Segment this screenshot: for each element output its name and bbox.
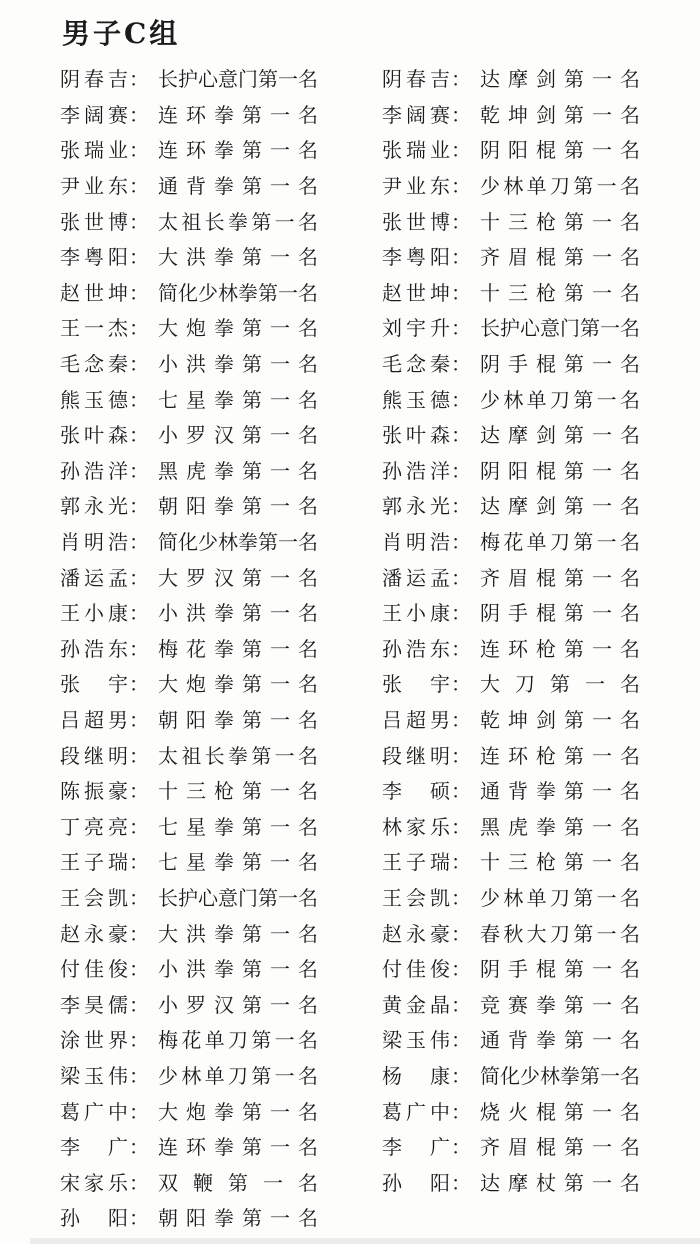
result-row: 王子瑞 ： 十三枪第一名 [382,843,640,879]
result-row: 葛广中 ： 烧火棍第一名 [382,1092,640,1128]
entry-award: 简化少林拳第一名 [158,277,318,306]
entry-colon: ： [129,1060,149,1089]
entry-colon: ： [129,989,149,1018]
entry-colon: ： [129,633,149,662]
result-row: 黄金晶 ： 竞赛拳第一名 [382,985,640,1021]
entry-name: 赵世坤 [60,277,128,306]
entry-colon: ： [451,775,471,804]
result-row: 王会凯 ： 长护心意门第一名 [60,879,318,915]
entry-colon: ： [129,277,149,306]
entry-name: 王子瑞 [60,846,128,875]
entry-name: 梁玉伟 [382,1024,450,1053]
entry-name: 孙浩洋 [382,455,450,484]
entry-award: 太祖长拳第一名 [158,740,318,769]
entry-colon: ： [451,882,471,911]
entry-name: 孙浩东 [60,633,128,662]
entry-name: 张瑞业 [382,134,450,163]
entry-colon: ： [451,455,471,484]
entry-name: 梁玉伟 [60,1060,128,1089]
result-row: 段继明 ： 太祖长拳第一名 [60,736,318,772]
result-row: 李昊儒 ： 小罗汉第一名 [60,985,318,1021]
results-page: 男子C组 阴春吉 ： 长护心意门第一名 李阔赛 ： 连环拳第一名 张瑞业 ： 连… [0,0,700,1244]
entry-name: 王小康 [60,597,128,626]
entry-name: 王会凯 [382,882,450,911]
entry-name: 肖明浩 [382,526,450,555]
entry-award: 齐眉棍第一名 [480,241,640,270]
entry-colon: ： [129,1131,149,1160]
result-row: 潘运孟 ： 齐眉棍第一名 [382,558,640,594]
entry-colon: ： [451,241,471,270]
entry-award: 小洪拳第一名 [158,348,318,377]
result-row: 涂世界 ： 梅花单刀第一名 [60,1021,318,1057]
entry-award: 大洪拳第一名 [158,918,318,947]
entry-name: 孙浩东 [382,633,450,662]
entry-award: 阴阳棍第一名 [480,455,640,484]
result-row: 李硕 ： 通背拳第一名 [382,772,640,808]
entry-name: 张瑞业 [60,134,128,163]
result-row: 张叶森 ： 达摩剑第一名 [382,416,640,452]
result-row: 孙浩洋 ： 黑虎拳第一名 [60,452,318,488]
entry-name: 郭永光 [382,490,450,519]
entry-award: 阴手棍第一名 [480,953,640,982]
entry-name: 李粤阳 [60,241,128,270]
entry-colon: ： [451,562,471,591]
entry-name: 赵永豪 [382,918,450,947]
result-row: 赵永豪 ： 春秋大刀第一名 [382,914,640,950]
entry-award: 长护心意门第一名 [480,312,640,341]
entry-name: 赵世坤 [382,277,450,306]
entry-colon: ： [451,277,471,306]
entry-colon: ： [451,170,471,199]
result-row: 林家乐 ： 黑虎拳第一名 [382,807,640,843]
entry-name: 葛广中 [60,1096,128,1125]
entry-colon: ： [129,384,149,413]
result-row: 吕超男 ： 乾坤剑第一名 [382,701,640,737]
entry-name: 涂世界 [60,1024,128,1053]
entry-name: 赵永豪 [60,918,128,947]
entry-award: 七星拳第一名 [158,811,318,840]
entry-colon: ： [451,918,471,947]
result-row: 王小康 ： 阴手棍第一名 [382,594,640,630]
entry-colon: ： [451,526,471,555]
result-row: 张宇 ： 大刀第一名 [382,665,640,701]
entry-colon: ： [129,455,149,484]
result-row: 孙浩东 ： 梅花拳第一名 [60,630,318,666]
entry-award: 小洪拳第一名 [158,597,318,626]
result-row: 郭永光 ： 朝阳拳第一名 [60,487,318,523]
result-row: 孙浩东 ： 连环枪第一名 [382,630,640,666]
entry-award: 长护心意门第一名 [158,882,318,911]
entry-name: 毛念秦 [382,348,450,377]
entry-award: 梅花单刀第一名 [480,526,640,555]
entry-colon: ： [129,597,149,626]
entry-award: 长护心意门第一名 [158,63,318,92]
entry-name: 王一杰 [60,312,128,341]
entry-award: 乾坤剑第一名 [480,99,640,128]
result-row: 张宇 ： 大炮拳第一名 [60,665,318,701]
entry-award: 达摩剑第一名 [480,490,640,519]
entry-award: 七星拳第一名 [158,384,318,413]
entry-name: 潘运孟 [60,562,128,591]
entry-colon: ： [129,704,149,733]
result-row: 李阔赛 ： 乾坤剑第一名 [382,96,640,132]
result-row: 李广 ： 齐眉棍第一名 [382,1128,640,1164]
result-row: 阴春吉 ： 长护心意门第一名 [60,60,318,96]
entry-award: 十三枪第一名 [480,206,640,235]
entry-name: 葛广中 [382,1096,450,1125]
result-row: 熊玉德 ： 少林单刀第一名 [382,380,640,416]
entry-colon: ： [129,312,149,341]
entry-colon: ： [451,811,471,840]
result-row: 肖明浩 ： 简化少林拳第一名 [60,523,318,559]
entry-award: 黑虎拳第一名 [158,455,318,484]
result-row: 付佳俊 ： 小洪拳第一名 [60,950,318,986]
entry-award: 少林单刀第一名 [480,170,640,199]
entry-award: 小罗汉第一名 [158,989,318,1018]
entry-colon: ： [129,1202,149,1231]
entry-colon: ： [129,241,149,270]
entry-name: 李昊儒 [60,989,128,1018]
result-row: 王子瑞 ： 七星拳第一名 [60,843,318,879]
entry-award: 大洪拳第一名 [158,241,318,270]
result-row: 李阔赛 ： 连环拳第一名 [60,96,318,132]
entry-colon: ： [129,740,149,769]
entry-award: 乾坤剑第一名 [480,704,640,733]
entry-name: 熊玉德 [382,384,450,413]
entry-award: 小洪拳第一名 [158,953,318,982]
entry-colon: ： [129,526,149,555]
result-row: 张叶森 ： 小罗汉第一名 [60,416,318,452]
entry-colon: ： [129,668,149,697]
entry-award: 连环拳第一名 [158,1131,318,1160]
entry-name: 吕超男 [60,704,128,733]
entry-award: 简化少林拳第一名 [480,1060,640,1089]
entry-name: 黄金晶 [382,989,450,1018]
entry-name: 阴春吉 [382,63,450,92]
left-column: 阴春吉 ： 长护心意门第一名 李阔赛 ： 连环拳第一名 张瑞业 ： 连环拳第一名… [60,60,318,1235]
entry-name: 熊玉德 [60,384,128,413]
entry-award: 梅花单刀第一名 [158,1024,318,1053]
entry-name: 李广 [382,1131,450,1160]
entry-award: 连环拳第一名 [158,134,318,163]
entry-award: 朝阳拳第一名 [158,490,318,519]
entry-colon: ： [129,775,149,804]
entry-colon: ： [129,882,149,911]
result-row: 王会凯 ： 少林单刀第一名 [382,879,640,915]
result-row: 付佳俊 ： 阴手棍第一名 [382,950,640,986]
entry-colon: ： [129,1096,149,1125]
entry-colon: ： [451,490,471,519]
entry-name: 付佳俊 [60,953,128,982]
entry-award: 通背拳第一名 [480,775,640,804]
entry-name: 张宇 [60,668,128,697]
result-row: 毛念秦 ： 小洪拳第一名 [60,345,318,381]
result-row: 尹业东 ： 少林单刀第一名 [382,167,640,203]
result-row: 杨康 ： 简化少林拳第一名 [382,1057,640,1093]
entry-award: 黑虎拳第一名 [480,811,640,840]
result-row: 孙阳 ： 达摩杖第一名 [382,1163,640,1199]
entry-award: 十三枪第一名 [158,775,318,804]
entry-award: 大炮拳第一名 [158,668,318,697]
entry-colon: ： [129,490,149,519]
entry-award: 达摩剑第一名 [480,63,640,92]
entry-colon: ： [451,633,471,662]
entry-name: 尹业东 [60,170,128,199]
entry-name: 李阔赛 [382,99,450,128]
entry-award: 连环枪第一名 [480,740,640,769]
entry-award: 朝阳拳第一名 [158,704,318,733]
entry-name: 付佳俊 [382,953,450,982]
entry-name: 张叶森 [60,419,128,448]
result-row: 丁亮亮 ： 七星拳第一名 [60,807,318,843]
result-row: 尹业东 ： 通背拳第一名 [60,167,318,203]
result-row: 毛念秦 ： 阴手棍第一名 [382,345,640,381]
entry-award: 大刀第一名 [480,668,640,697]
entry-name: 李阔赛 [60,99,128,128]
entry-colon: ： [451,348,471,377]
entry-colon: ： [451,1060,471,1089]
entry-award: 连环拳第一名 [158,99,318,128]
entry-name: 李硕 [382,775,450,804]
entry-colon: ： [451,419,471,448]
entry-colon: ： [451,989,471,1018]
result-row: 梁玉伟 ： 少林单刀第一名 [60,1057,318,1093]
entry-award: 通背拳第一名 [480,1024,640,1053]
entry-name: 宋家乐 [60,1167,128,1196]
entry-colon: ： [129,1167,149,1196]
entry-colon: ： [129,134,149,163]
result-row: 潘运孟 ： 大罗汉第一名 [60,558,318,594]
entry-name: 孙浩洋 [60,455,128,484]
entry-colon: ： [129,846,149,875]
entry-award: 七星拳第一名 [158,846,318,875]
entry-name: 杨康 [382,1060,450,1089]
entry-colon: ： [129,953,149,982]
entry-colon: ： [129,562,149,591]
entry-colon: ： [129,918,149,947]
entry-award: 烧火棍第一名 [480,1096,640,1125]
entry-award: 齐眉棍第一名 [480,562,640,591]
entry-award: 阴阳棍第一名 [480,134,640,163]
entry-award: 春秋大刀第一名 [480,918,640,947]
entry-award: 少林单刀第一名 [158,1060,318,1089]
entry-award: 朝阳拳第一名 [158,1202,318,1231]
result-row: 张世博 ： 太祖长拳第一名 [60,202,318,238]
result-row: 张世博 ： 十三枪第一名 [382,202,640,238]
entry-colon: ： [451,134,471,163]
entry-name: 李粤阳 [382,241,450,270]
entry-colon: ： [451,1096,471,1125]
entry-name: 吕超男 [382,704,450,733]
entry-colon: ： [451,1167,471,1196]
entry-name: 李广 [60,1131,128,1160]
entry-award: 十三枪第一名 [480,277,640,306]
entry-colon: ： [129,63,149,92]
entry-award: 少林单刀第一名 [480,384,640,413]
page-bottom-shade [30,1238,700,1244]
result-row: 刘宇升 ： 长护心意门第一名 [382,309,640,345]
entry-name: 郭永光 [60,490,128,519]
result-row: 李广 ： 连环拳第一名 [60,1128,318,1164]
result-row: 孙浩洋 ： 阴阳棍第一名 [382,452,640,488]
entry-colon: ： [451,704,471,733]
entry-name: 尹业东 [382,170,450,199]
entry-name: 潘运孟 [382,562,450,591]
entry-name: 林家乐 [382,811,450,840]
entry-name: 段继明 [60,740,128,769]
entry-name: 丁亮亮 [60,811,128,840]
entry-award: 通背拳第一名 [158,170,318,199]
entry-name: 毛念秦 [60,348,128,377]
entry-award: 齐眉棍第一名 [480,1131,640,1160]
entry-award: 竞赛拳第一名 [480,989,640,1018]
result-row: 阴春吉 ： 达摩剑第一名 [382,60,640,96]
result-row: 赵永豪 ： 大洪拳第一名 [60,914,318,950]
result-row: 赵世坤 ： 简化少林拳第一名 [60,274,318,310]
result-row: 王一杰 ： 大炮拳第一名 [60,309,318,345]
entry-award: 大罗汉第一名 [158,562,318,591]
entry-name: 张世博 [60,206,128,235]
entry-colon: ： [129,170,149,199]
entry-award: 少林单刀第一名 [480,882,640,911]
entry-name: 张叶森 [382,419,450,448]
entry-award: 十三枪第一名 [480,846,640,875]
entry-award: 小罗汉第一名 [158,419,318,448]
result-row: 张瑞业 ： 阴阳棍第一名 [382,131,640,167]
result-row: 熊玉德 ： 七星拳第一名 [60,380,318,416]
entry-award: 简化少林拳第一名 [158,526,318,555]
entry-award: 大炮拳第一名 [158,1096,318,1125]
result-row: 段继明 ： 连环枪第一名 [382,736,640,772]
entry-award: 达摩杖第一名 [480,1167,640,1196]
entry-award: 梅花拳第一名 [158,633,318,662]
entry-award: 大炮拳第一名 [158,312,318,341]
result-row: 张瑞业 ： 连环拳第一名 [60,131,318,167]
entry-award: 双鞭第一名 [158,1167,318,1196]
result-row: 肖明浩 ： 梅花单刀第一名 [382,523,640,559]
result-row: 吕超男 ： 朝阳拳第一名 [60,701,318,737]
entry-name: 陈振豪 [60,775,128,804]
result-row: 宋家乐 ： 双鞭第一名 [60,1163,318,1199]
result-row: 李粤阳 ： 大洪拳第一名 [60,238,318,274]
result-row: 王小康 ： 小洪拳第一名 [60,594,318,630]
entry-name: 王小康 [382,597,450,626]
entry-name: 段继明 [382,740,450,769]
entry-colon: ： [129,1024,149,1053]
results-columns: 阴春吉 ： 长护心意门第一名 李阔赛 ： 连环拳第一名 张瑞业 ： 连环拳第一名… [60,60,700,1235]
entry-name: 刘宇升 [382,312,450,341]
entry-name: 孙阳 [60,1202,128,1231]
result-row: 陈振豪 ： 十三枪第一名 [60,772,318,808]
entry-colon: ： [451,206,471,235]
entry-colon: ： [129,206,149,235]
entry-colon: ： [451,99,471,128]
entry-name: 孙阳 [382,1167,450,1196]
entry-name: 王子瑞 [382,846,450,875]
entry-award: 阴手棍第一名 [480,597,640,626]
result-row: 孙阳 ： 朝阳拳第一名 [60,1199,318,1235]
entry-name: 阴春吉 [60,63,128,92]
entry-colon: ： [451,63,471,92]
entry-colon: ： [129,348,149,377]
entry-award: 达摩剑第一名 [480,419,640,448]
entry-colon: ： [451,1131,471,1160]
entry-colon: ： [451,597,471,626]
entry-award: 阴手棍第一名 [480,348,640,377]
entry-award: 太祖长拳第一名 [158,206,318,235]
entry-colon: ： [129,99,149,128]
entry-colon: ： [129,811,149,840]
entry-colon: ： [129,419,149,448]
entry-colon: ： [451,312,471,341]
entry-name: 张世博 [382,206,450,235]
result-row: 梁玉伟 ： 通背拳第一名 [382,1021,640,1057]
result-row: 李粤阳 ： 齐眉棍第一名 [382,238,640,274]
entry-name: 肖明浩 [60,526,128,555]
entry-colon: ： [451,953,471,982]
entry-colon: ： [451,1024,471,1053]
entry-colon: ： [451,384,471,413]
entry-award: 连环枪第一名 [480,633,640,662]
entry-colon: ： [451,846,471,875]
result-row: 郭永光 ： 达摩剑第一名 [382,487,640,523]
entry-colon: ： [451,740,471,769]
result-row: 赵世坤 ： 十三枪第一名 [382,274,640,310]
result-row: 葛广中 ： 大炮拳第一名 [60,1092,318,1128]
right-column: 阴春吉 ： 达摩剑第一名 李阔赛 ： 乾坤剑第一名 张瑞业 ： 阴阳棍第一名 尹… [382,60,640,1199]
entry-colon: ： [451,668,471,697]
page-title: 男子C组 [62,14,700,54]
entry-name: 张宇 [382,668,450,697]
entry-name: 王会凯 [60,882,128,911]
